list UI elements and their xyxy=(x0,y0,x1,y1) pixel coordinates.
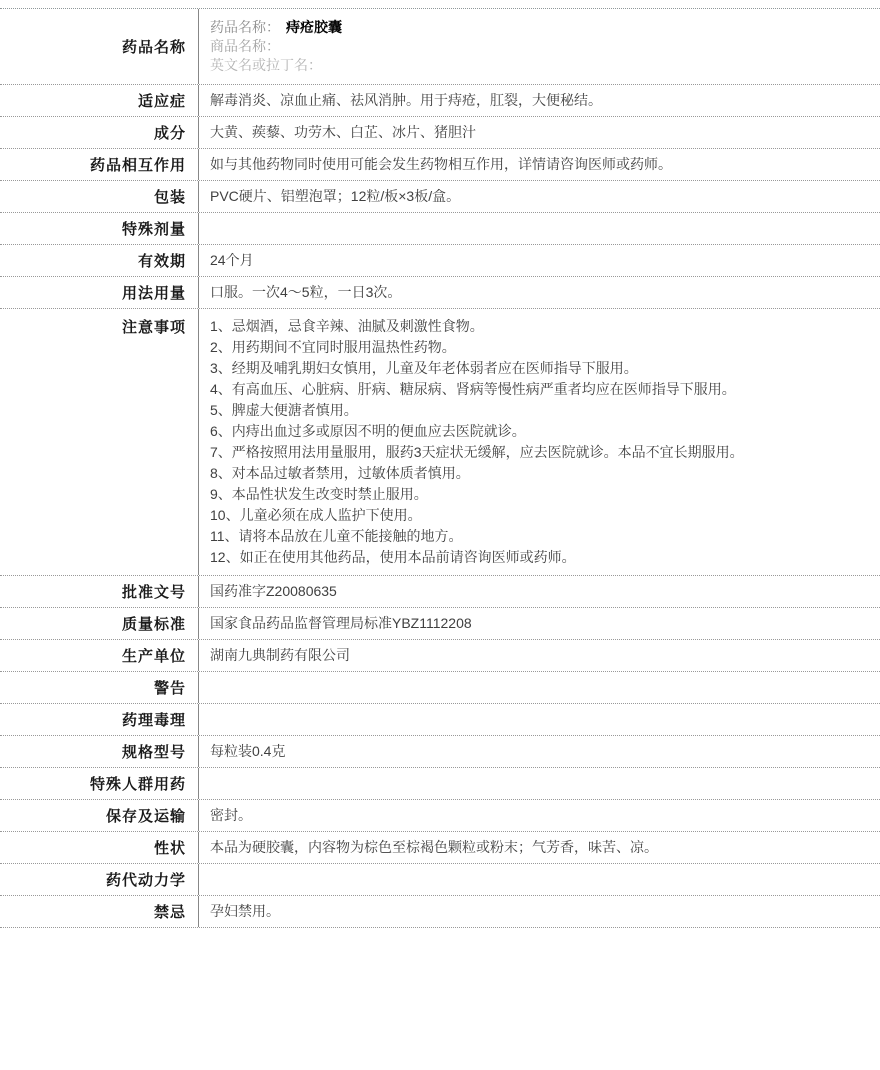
drug-info-page: 药品名称 药品名称：痔疮胶囊 商品名称： 英文名或拉丁名： 适应症解毒消炎、凉血… xyxy=(0,0,880,1070)
info-row-special-populations: 特殊人群用药 xyxy=(0,768,880,800)
info-row-drug-interactions: 药品相互作用如与其他药物同时使用可能会发生药物相互作用，详情请咨询医师或药师。 xyxy=(0,149,880,181)
row-label: 有效期 xyxy=(0,245,199,276)
info-row-packaging: 包装PVC硬片、铝塑泡罩；12粒/板×3板/盒。 xyxy=(0,181,880,213)
row-value-text: 国家食品药品监督管理局标准YBZ1112208 xyxy=(210,615,472,631)
row-label-text: 药代动力学 xyxy=(106,869,186,890)
drug-name-row: 药品名称 药品名称：痔疮胶囊 商品名称： 英文名或拉丁名： xyxy=(0,9,880,85)
row-label: 批准文号 xyxy=(0,576,199,607)
field-key: 商品名称： xyxy=(210,38,280,54)
info-row-warning: 警告 xyxy=(0,672,880,704)
row-label: 规格型号 xyxy=(0,736,199,767)
row-value-text: 国药准字Z20080635 xyxy=(210,583,337,599)
row-value: 湖南九典制药有限公司 xyxy=(199,646,880,665)
row-label-text: 注意事项 xyxy=(122,316,186,337)
row-value-text: 每粒装0.4克 xyxy=(210,743,285,759)
info-row-ingredients: 成分大黄、蒺藜、功劳木、白芷、冰片、猪胆汁 xyxy=(0,117,880,149)
info-row-description: 性状本品为硬胶囊，内容物为棕色至棕褐色颗粒或粉末；气芳香，味苦、凉。 xyxy=(0,832,880,864)
row-label-text: 批准文号 xyxy=(122,581,186,602)
note-line: 12、如正在使用其他药品，使用本品前请咨询医师或药师。 xyxy=(210,547,870,568)
row-label-text: 禁忌 xyxy=(154,901,186,922)
row-label-text: 性状 xyxy=(154,837,186,858)
row-label: 特殊剂量 xyxy=(0,213,199,244)
drug-name-label: 药品名称 xyxy=(122,36,186,57)
row-value-text: 本品为硬胶囊，内容物为棕色至棕褐色颗粒或粉末；气芳香，味苦、凉。 xyxy=(210,839,658,855)
row-label: 生产单位 xyxy=(0,640,199,671)
row-label: 适应症 xyxy=(0,85,199,116)
field-key: 英文名或拉丁名： xyxy=(210,57,322,73)
row-label-text: 有效期 xyxy=(138,250,186,271)
row-value: 每粒装0.4克 xyxy=(199,742,880,761)
row-label: 警告 xyxy=(0,672,199,703)
info-row-pharmacokinetics: 药代动力学 xyxy=(0,864,880,896)
row-label-text: 生产单位 xyxy=(122,645,186,666)
note-line: 2、用药期间不宜同时服用温热性药物。 xyxy=(210,337,870,358)
info-row-special-dosage: 特殊剂量 xyxy=(0,213,880,245)
row-value: 解毒消炎、凉血止痛、祛风消肿。用于痔疮，肛裂，大便秘结。 xyxy=(199,91,880,110)
info-row-specification: 规格型号每粒装0.4克 xyxy=(0,736,880,768)
row-label: 用法用量 xyxy=(0,277,199,308)
info-row-approval-number: 批准文号国药准字Z20080635 xyxy=(0,576,880,608)
row-value: 如与其他药物同时使用可能会发生药物相互作用，详情请咨询医师或药师。 xyxy=(199,155,880,174)
drug-name-value: 痔疮胶囊 xyxy=(286,19,342,35)
note-line: 7、严格按照用法用量服用，服药3天症状无缓解，应去医院就诊。本品不宜长期服用。 xyxy=(210,442,870,463)
row-value: 药品名称：痔疮胶囊 商品名称： 英文名或拉丁名： xyxy=(199,9,880,84)
row-value-text: 24个月 xyxy=(210,252,254,268)
english-name-line: 英文名或拉丁名： xyxy=(210,56,870,75)
row-value-text: 密封。 xyxy=(210,807,252,823)
row-label-text: 适应症 xyxy=(138,90,186,111)
row-value: 孕妇禁用。 xyxy=(199,902,880,921)
row-label-text: 成分 xyxy=(154,122,186,143)
row-value: 口服。一次4～5粒，一日3次。 xyxy=(199,283,880,302)
info-row-quality-standard: 质量标准国家食品药品监督管理局标准YBZ1112208 xyxy=(0,608,880,640)
info-row-storage-transport: 保存及运输密封。 xyxy=(0,800,880,832)
row-label-text: 包装 xyxy=(154,186,186,207)
row-value-text: 孕妇禁用。 xyxy=(210,903,280,919)
row-value: 国药准字Z20080635 xyxy=(199,582,880,601)
row-label-text: 保存及运输 xyxy=(106,805,186,826)
row-label: 保存及运输 xyxy=(0,800,199,831)
row-label: 成分 xyxy=(0,117,199,148)
row-label: 药品相互作用 xyxy=(0,149,199,180)
info-row-shelf-life: 有效期24个月 xyxy=(0,245,880,277)
row-label-text: 特殊剂量 xyxy=(122,218,186,239)
row-value: 密封。 xyxy=(199,806,880,825)
note-line: 8、对本品过敏者禁用，过敏体质者慎用。 xyxy=(210,463,870,484)
row-label-text: 特殊人群用药 xyxy=(90,773,186,794)
info-row-manufacturer: 生产单位湖南九典制药有限公司 xyxy=(0,640,880,672)
row-value-text: 湖南九典制药有限公司 xyxy=(210,647,350,663)
row-label: 包装 xyxy=(0,181,199,212)
row-value-text: PVC硬片、铝塑泡罩；12粒/板×3板/盒。 xyxy=(210,188,460,204)
row-value: 国家食品药品监督管理局标准YBZ1112208 xyxy=(199,614,880,633)
row-label-text: 质量标准 xyxy=(122,613,186,634)
row-label: 注意事项 xyxy=(0,309,199,575)
row-label-text: 用法用量 xyxy=(122,282,186,303)
row-label: 特殊人群用药 xyxy=(0,768,199,799)
row-value: 本品为硬胶囊，内容物为棕色至棕褐色颗粒或粉末；气芳香，味苦、凉。 xyxy=(199,838,880,857)
row-label-text: 药理毒理 xyxy=(122,709,186,730)
note-line: 3、经期及哺乳期妇女慎用，儿童及年老体弱者应在医师指导下服用。 xyxy=(210,358,870,379)
note-line: 10、儿童必须在成人监护下使用。 xyxy=(210,505,870,526)
note-line: 9、本品性状发生改变时禁止服用。 xyxy=(210,484,870,505)
info-row-pharmacology-toxicology: 药理毒理 xyxy=(0,704,880,736)
row-label: 禁忌 xyxy=(0,896,199,927)
rows-container: 适应症解毒消炎、凉血止痛、祛风消肿。用于痔疮，肛裂，大便秘结。成分大黄、蒺藜、功… xyxy=(0,85,880,928)
note-line: 6、内痔出血过多或原因不明的便血应去医院就诊。 xyxy=(210,421,870,442)
row-value: 大黄、蒺藜、功劳木、白芷、冰片、猪胆汁 xyxy=(199,123,880,142)
info-row-indications: 适应症解毒消炎、凉血止痛、祛风消肿。用于痔疮，肛裂，大便秘结。 xyxy=(0,85,880,117)
row-label: 性状 xyxy=(0,832,199,863)
row-value: 1、忌烟酒，忌食辛辣、油腻及刺激性食物。2、用药期间不宜同时服用温热性药物。3、… xyxy=(199,309,880,575)
drug-name-line: 药品名称：痔疮胶囊 xyxy=(210,18,870,37)
row-value-text: 口服。一次4～5粒，一日3次。 xyxy=(210,284,401,300)
note-line: 4、有高血压、心脏病、肝病、糖尿病、肾病等慢性病严重者均应在医师指导下服用。 xyxy=(210,379,870,400)
drug-info-table: 药品名称 药品名称：痔疮胶囊 商品名称： 英文名或拉丁名： 适应症解毒消炎、凉血… xyxy=(0,8,880,928)
row-label: 药品名称 xyxy=(0,9,199,84)
row-label: 药代动力学 xyxy=(0,864,199,895)
row-value: 24个月 xyxy=(199,251,880,270)
note-line: 5、脾虚大便溏者慎用。 xyxy=(210,400,870,421)
row-value-text: 解毒消炎、凉血止痛、祛风消肿。用于痔疮，肛裂，大便秘结。 xyxy=(210,92,602,108)
row-value-text: 大黄、蒺藜、功劳木、白芷、冰片、猪胆汁 xyxy=(210,124,476,140)
row-value-text: 如与其他药物同时使用可能会发生药物相互作用，详情请咨询医师或药师。 xyxy=(210,156,672,172)
trade-name-line: 商品名称： xyxy=(210,37,870,56)
row-label-text: 警告 xyxy=(154,677,186,698)
row-label: 药理毒理 xyxy=(0,704,199,735)
note-line: 1、忌烟酒，忌食辛辣、油腻及刺激性食物。 xyxy=(210,316,870,337)
note-line: 11、请将本品放在儿童不能接触的地方。 xyxy=(210,526,870,547)
info-row-precautions: 注意事项1、忌烟酒，忌食辛辣、油腻及刺激性食物。2、用药期间不宜同时服用温热性药… xyxy=(0,309,880,576)
row-label: 质量标准 xyxy=(0,608,199,639)
field-key: 药品名称： xyxy=(210,19,280,35)
info-row-dosage-usage: 用法用量口服。一次4～5粒，一日3次。 xyxy=(0,277,880,309)
row-label-text: 药品相互作用 xyxy=(90,154,186,175)
row-label-text: 规格型号 xyxy=(122,741,186,762)
row-value: PVC硬片、铝塑泡罩；12粒/板×3板/盒。 xyxy=(199,187,880,206)
info-row-contraindications: 禁忌孕妇禁用。 xyxy=(0,896,880,928)
